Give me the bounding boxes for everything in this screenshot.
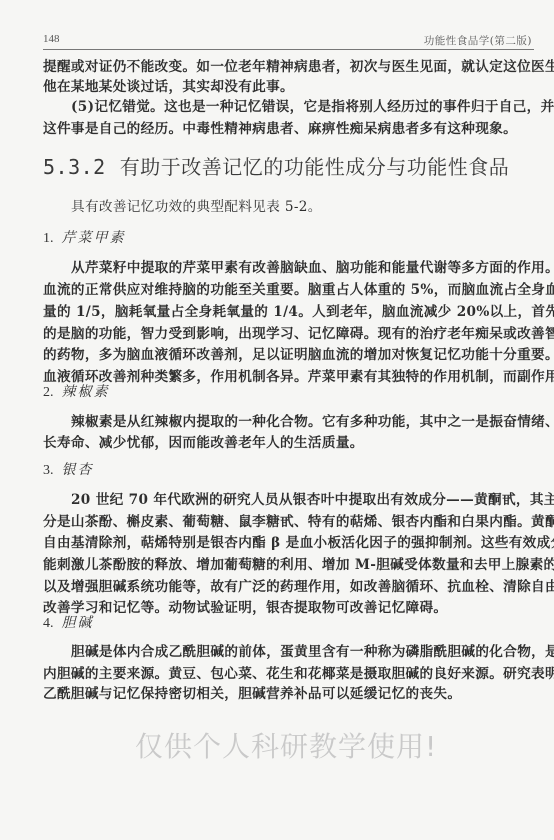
text-line: 这件事是自己的经历。中毒性精神病患者、麻痹性痴呆病患者多有这种现象。 — [43, 121, 534, 137]
subsection-heading: 4.胆碱 — [43, 615, 94, 632]
section-title: 有助于改善记忆的功能性成分与功能性食品 — [120, 155, 510, 179]
page-number: 148 — [43, 33, 60, 45]
text-line: 提醒或对证仍不能改变。如一位老年精神病患者，初次与医生见面，就认定这位医生和 — [43, 59, 534, 75]
text-line: 他在某地某处谈过话，其实却没有此事。 — [43, 79, 534, 95]
running-header-title: 功能性食品学(第二版) — [424, 33, 532, 48]
text-line: 血流的正常供应对维持脑的功能至关重要。脑重占人体重的 5%，而脑血流占全身血流 — [43, 282, 534, 298]
text-line: 分是山茶酚、槲皮素、葡萄糖、鼠李糖甙、特有的萜烯、银杏内酯和白果内酯。黄酮为 — [43, 514, 534, 530]
text-line: 辣椒素是从红辣椒内提取的一种化合物。它有多种功能，其中之一是振奋情绪、延 — [71, 414, 534, 430]
text-line: 长寿命、减少忧郁，因而能改善老年人的生活质量。 — [43, 435, 534, 451]
header-rule — [43, 49, 534, 50]
subsection-number: 3. — [43, 463, 54, 478]
subsection-heading: 2.辣椒素 — [43, 384, 110, 401]
text-line: 血液循环改善剂种类繁多，作用机制各异。芹菜甲素有其独特的作用机制，而副作用少。 — [43, 369, 534, 385]
text-line: 从芹菜籽中提取的芹菜甲素有改善脑缺血、脑功能和能量代谢等多方面的作用。脑 — [71, 260, 534, 276]
section-number: 5.3.2 — [43, 155, 106, 179]
section-heading: 5.3.2有助于改善记忆的功能性成分与功能性食品 — [43, 155, 509, 179]
text-line: 20 世纪 70 年代欧洲的研究人员从银杏叶中提取出有效成分——黄酮甙，其主要成 — [71, 492, 534, 508]
text-line: 量的 1/5，脑耗氧量占全身耗氧量的 1/4。人到老年，脑血流减少 20%以上，… — [43, 304, 534, 320]
watermark: 仅供个人科研教学使用! — [135, 731, 437, 763]
text-line: 能刺激儿茶酚胺的释放、增加葡萄糖的利用、增加 M-胆碱受体数量和去甲上腺素的更新 — [43, 557, 534, 573]
subsection-number: 4. — [43, 616, 54, 631]
section-intro: 具有改善记忆功效的典型配料见表 5-2。 — [71, 199, 534, 215]
text-line: 乙酰胆碱与记忆保持密切相关，胆碱营养补品可以延缓记忆的丧失。 — [43, 686, 534, 702]
subsection-title: 辣椒素 — [62, 384, 110, 400]
text-line: (5)记忆错觉。这也是一种记忆错误，它是指将别人经历过的事件归于自己，并坚信 — [71, 99, 534, 115]
text-line: 以及增强胆碱系统功能等，故有广泛的药理作用，如改善脑循环、抗血栓、清除自由基、 — [43, 579, 534, 595]
subsection-title: 芹菜甲素 — [62, 230, 126, 246]
text-line: 的是脑的功能，智力受到影响，出现学习、记忆障碍。现有的治疗老年痴呆或改善智力 — [43, 326, 534, 342]
book-page: 148 功能性食品学(第二版) 提醒或对证仍不能改变。如一位老年精神病患者，初次… — [0, 0, 554, 840]
text-line: 胆碱是体内合成乙酰胆碱的前体，蛋黄里含有一种称为磷脂酰胆碱的化合物，是体 — [71, 644, 534, 660]
text-line: 自由基清除剂，萜烯特别是银杏内酯 β 是血小板活化因子的强抑制剂。这些有效成分还 — [43, 535, 534, 551]
subsection-number: 2. — [43, 385, 54, 400]
text-line: 内胆碱的主要来源。黄豆、包心菜、花生和花椰菜是摄取胆碱的良好来源。研究表明， — [43, 666, 534, 682]
subsection-number: 1. — [43, 231, 54, 246]
subsection-heading: 1.芹菜甲素 — [43, 230, 126, 247]
text-line: 的药物，多为脑血液循环改善剂，足以证明脑血流的增加对恢复记忆功能十分重要。脑 — [43, 347, 534, 363]
text-line: 改善学习和记忆等。动物试验证明，银杏提取物可改善记忆障碍。 — [43, 600, 534, 616]
subsection-title: 胆碱 — [62, 615, 94, 631]
subsection-heading: 3.银杏 — [43, 462, 94, 479]
subsection-title: 银杏 — [62, 462, 94, 478]
